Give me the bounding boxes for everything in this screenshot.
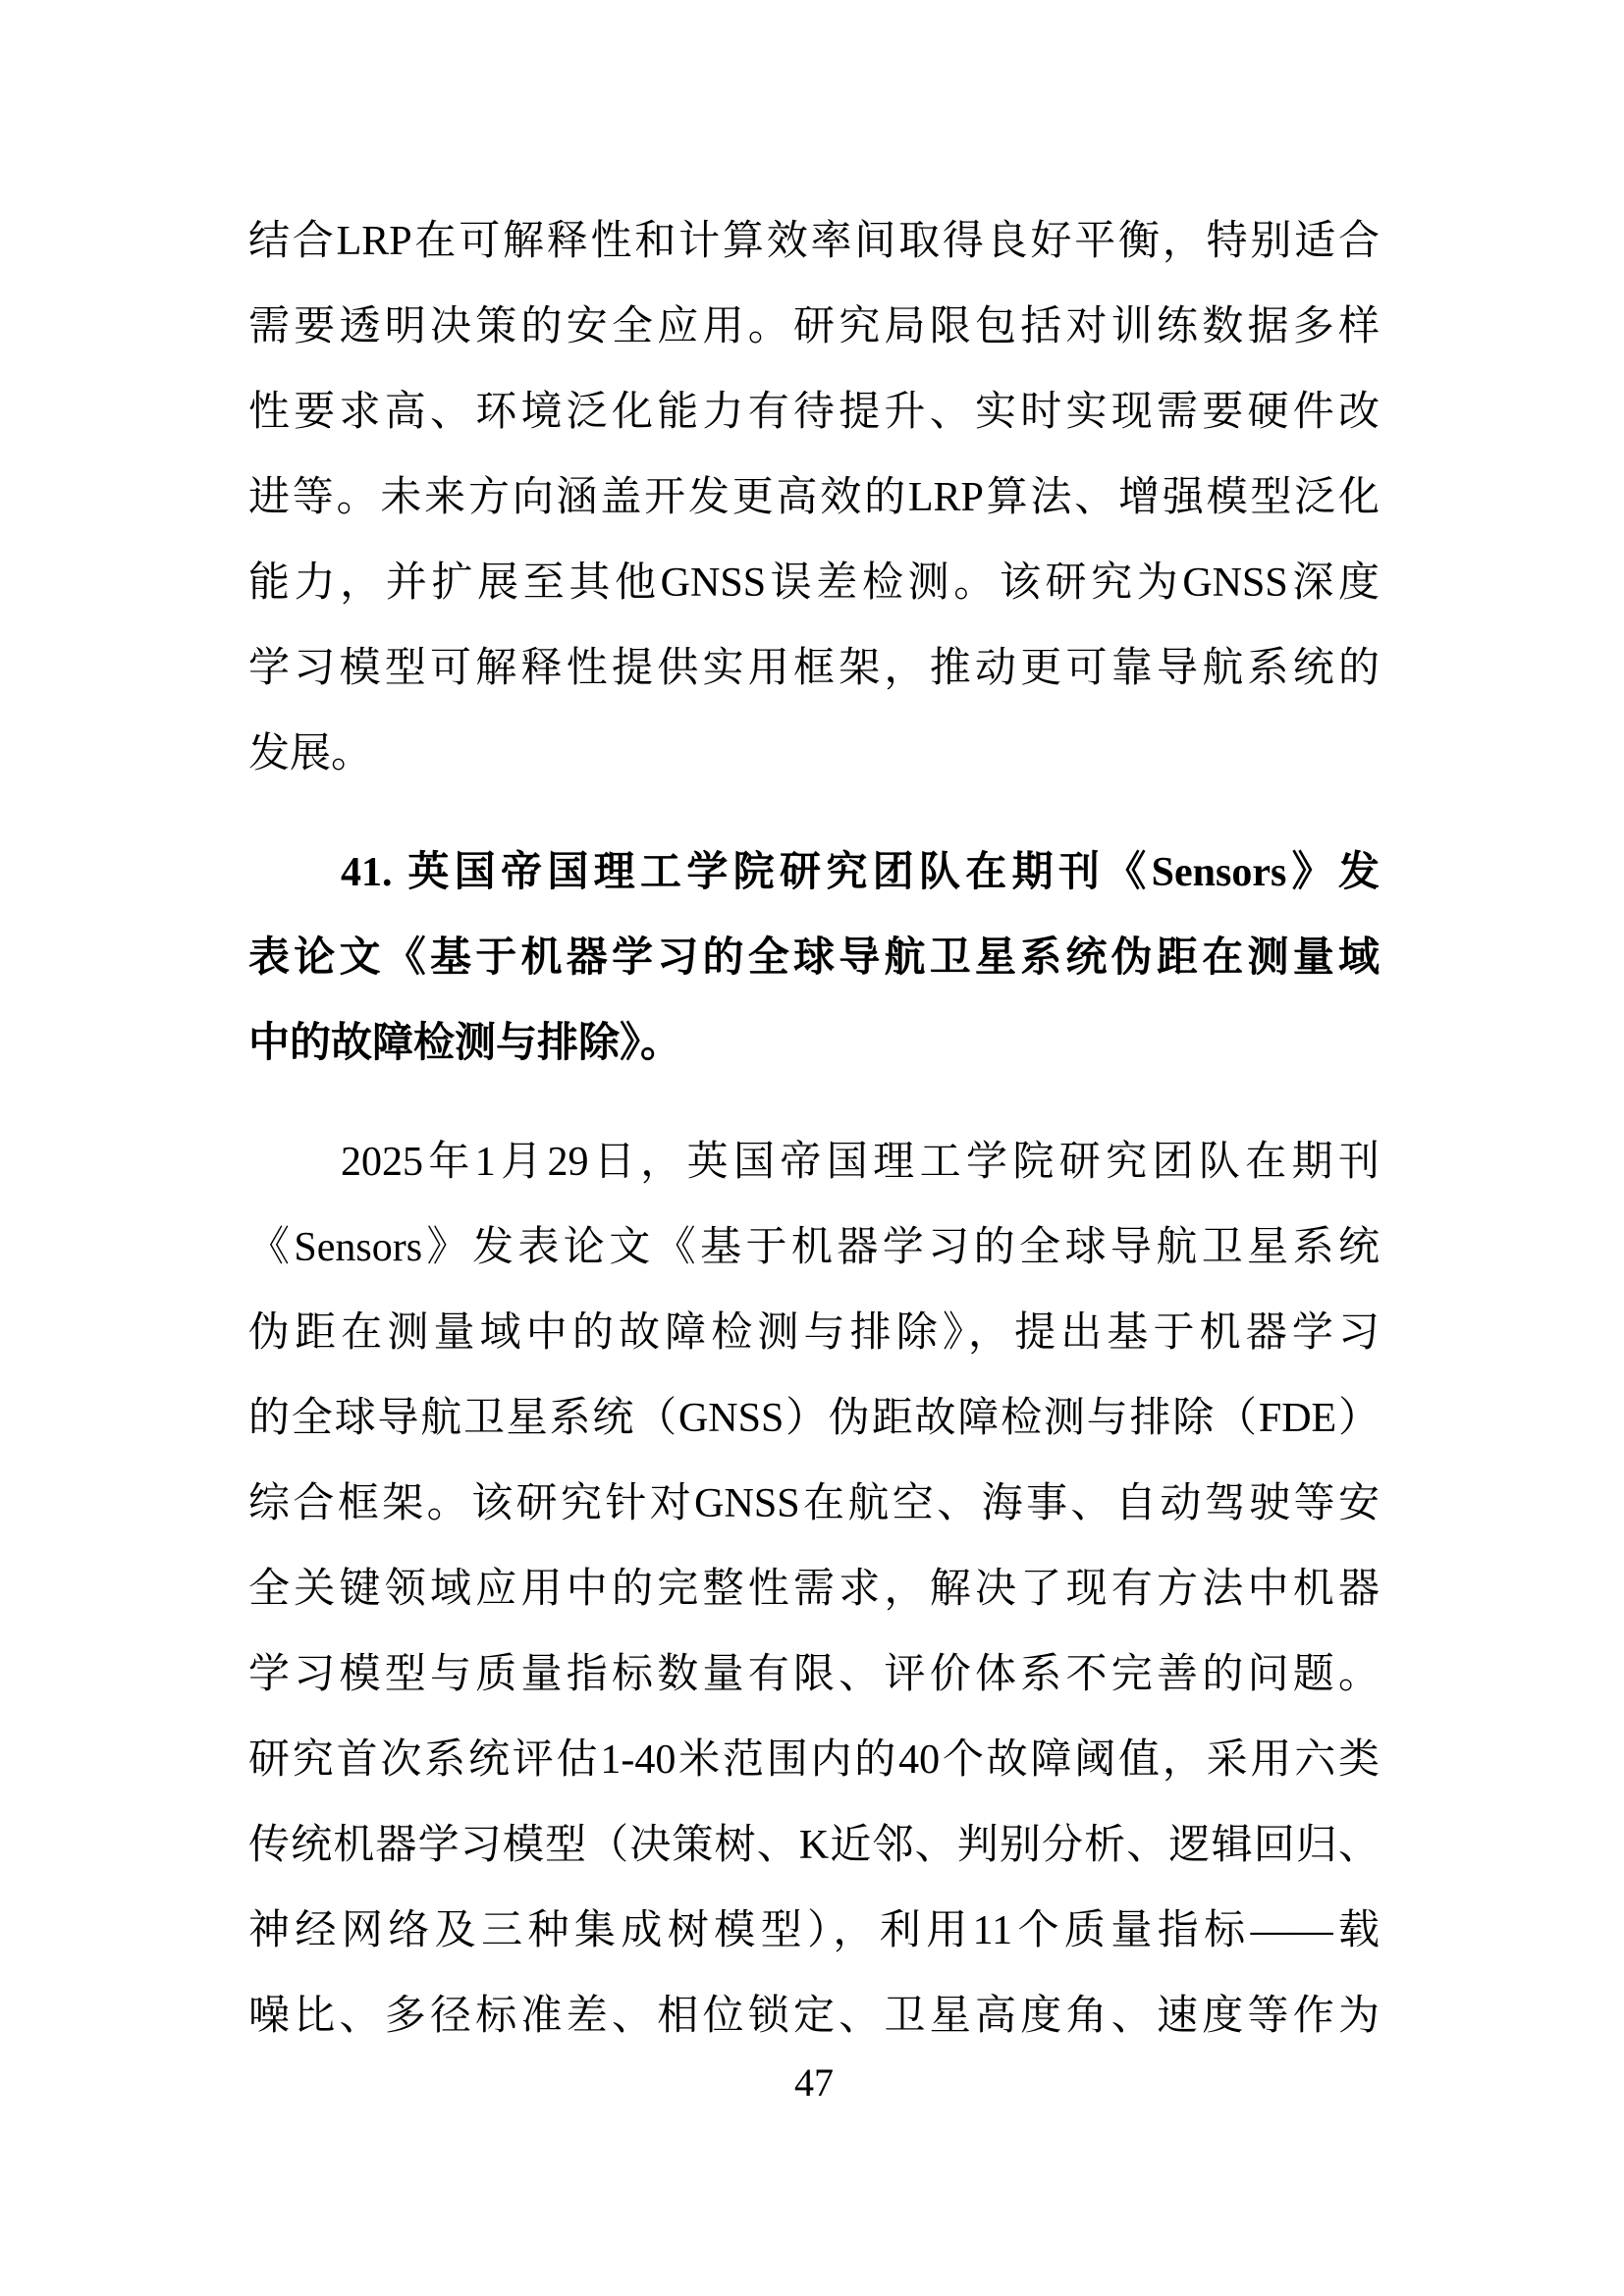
page-number: 47: [248, 2054, 1380, 2112]
text-line: 2025年1月29日，英国帝国理工学院研究团队在期刊: [248, 1120, 1380, 1205]
heading-line: 41. 英国帝国理工学院研究团队在期刊《Sensors》发: [248, 830, 1380, 916]
text-line: 研究首次系统评估1-40米范围内的40个故障阈值，采用六类: [248, 1718, 1380, 1803]
text-line: 能力，并扩展至其他GNSS误差检测。该研究为GNSS深度: [248, 541, 1380, 626]
text-line: 性要求高、环境泛化能力有待提升、实时实现需要硬件改: [248, 370, 1380, 455]
text-line: 伪距在测量域中的故障检测与排除》，提出基于机器学习: [248, 1291, 1380, 1376]
section-heading-41: 41. 英国帝国理工学院研究团队在期刊《Sensors》发 表论文《基于机器学习…: [248, 830, 1380, 1087]
text-line: 发展。: [248, 712, 1380, 797]
paragraph-report: 2025年1月29日，英国帝国理工学院研究团队在期刊 《Sensors》发表论文…: [248, 1120, 1380, 2059]
paragraph-continuation: 结合LRP在可解释性和计算效率间取得良好平衡，特别适合 需要透明决策的安全应用。…: [248, 199, 1380, 797]
text-line: 需要透明决策的安全应用。研究局限包括对训练数据多样: [248, 285, 1380, 370]
text-line: 噪比、多径标准差、相位锁定、卫星高度角、速度等作为: [248, 1974, 1380, 2059]
heading-line: 中的故障检测与排除》。: [248, 1001, 1380, 1087]
text-line: 结合LRP在可解释性和计算效率间取得良好平衡，特别适合: [248, 199, 1380, 285]
text-line: 传统机器学习模型（决策树、K近邻、判别分析、逻辑回归、: [248, 1803, 1380, 1889]
document-page: 结合LRP在可解释性和计算效率间取得良好平衡，特别适合 需要透明决策的安全应用。…: [0, 0, 1624, 2296]
text-line: 进等。未来方向涵盖开发更高效的LRP算法、增强模型泛化: [248, 455, 1380, 541]
text-line: 的全球导航卫星系统（GNSS）伪距故障检测与排除（FDE）: [248, 1376, 1380, 1462]
text-line: 神经网络及三种集成树模型），利用11个质量指标——载: [248, 1889, 1380, 1974]
body-text: 结合LRP在可解释性和计算效率间取得良好平衡，特别适合 需要透明决策的安全应用。…: [248, 199, 1380, 2059]
text-line: 综合框架。该研究针对GNSS在航空、海事、自动驾驶等安: [248, 1462, 1380, 1547]
heading-line: 表论文《基于机器学习的全球导航卫星系统伪距在测量域: [248, 916, 1380, 1001]
text-line: 学习模型与质量指标数量有限、评价体系不完善的问题。: [248, 1632, 1380, 1718]
text-line: 全关键领域应用中的完整性需求，解决了现有方法中机器: [248, 1547, 1380, 1632]
text-line: 学习模型可解释性提供实用框架，推动更可靠导航系统的: [248, 626, 1380, 712]
text-line: 《Sensors》发表论文《基于机器学习的全球导航卫星系统: [248, 1205, 1380, 1291]
